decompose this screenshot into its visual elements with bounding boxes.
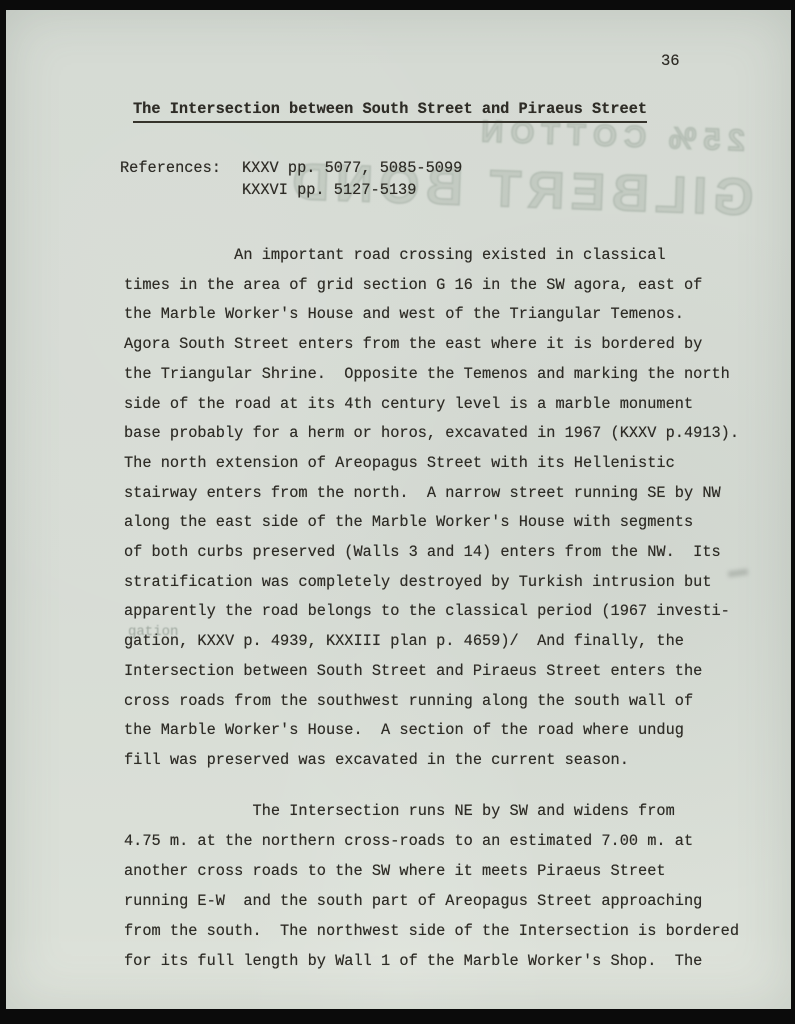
scanned-page-background: { "page": { "number": "36", "title": "Th… (0, 0, 795, 1024)
page-number: 36 (661, 52, 680, 70)
references-values: KXXV pp. 5077, 5085-5099 KXXVI pp. 5127-… (242, 157, 462, 201)
document-page: 25% COTTON GILBERT BOND 36 The Intersect… (6, 10, 791, 1009)
body-paragraph-1: An important road crossing existed in cl… (124, 241, 739, 776)
body-paragraph-2: The Intersection runs NE by SW and widen… (124, 796, 739, 976)
erased-text-artifact: gation (128, 624, 178, 640)
document-title: The Intersection between South Street an… (133, 100, 647, 123)
references-label: References: (120, 157, 221, 179)
